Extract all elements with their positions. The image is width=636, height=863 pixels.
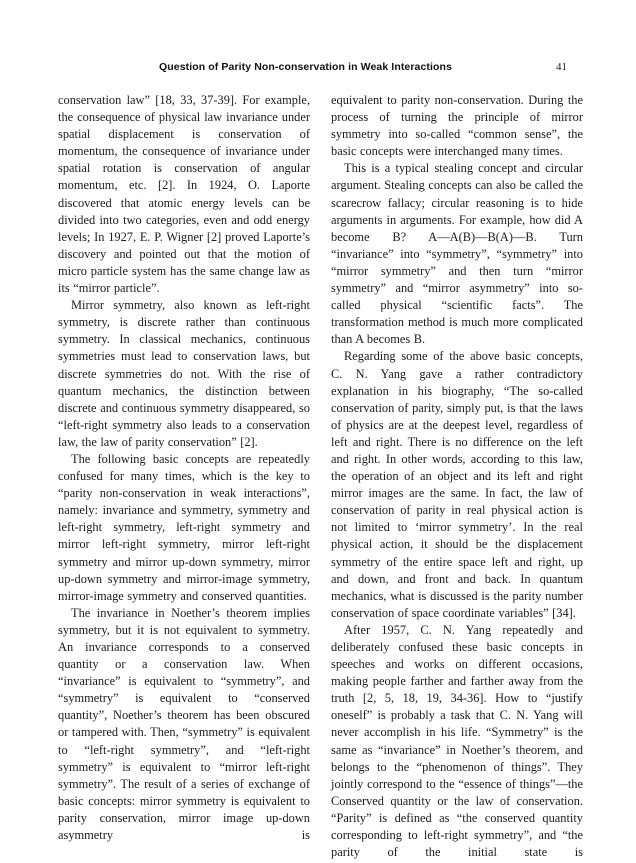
page: Question of Parity Non-conservation in W… [0,0,636,863]
body-columns: conservation law” [18, 33, 37-39]. For e… [58,92,583,861]
paragraph-continuation: conservation law” [18, 33, 37-39]. For e… [58,92,310,297]
right-column: equivalent to parity non-conservation. D… [331,92,583,861]
left-column: conservation law” [18, 33, 37-39]. For e… [58,92,310,861]
header-title: Question of Parity Non-conservation in W… [58,61,583,73]
paragraph: This is a typical stealing concept and c… [331,160,583,348]
page-number: 41 [556,61,567,73]
paragraph: Mirror symmetry, also known as left-righ… [58,297,310,451]
paragraph: After 1957, C. N. Yang repeatedly and de… [331,622,583,861]
running-header: Question of Parity Non-conservation in W… [58,61,583,75]
paragraph-continuation: equivalent to parity non-conservation. D… [331,92,583,160]
paragraph: The following basic concepts are repeate… [58,451,310,605]
paragraph: Regarding some of the above basic concep… [331,348,583,622]
paragraph: The invariance in Noether’s theorem impl… [58,605,310,844]
